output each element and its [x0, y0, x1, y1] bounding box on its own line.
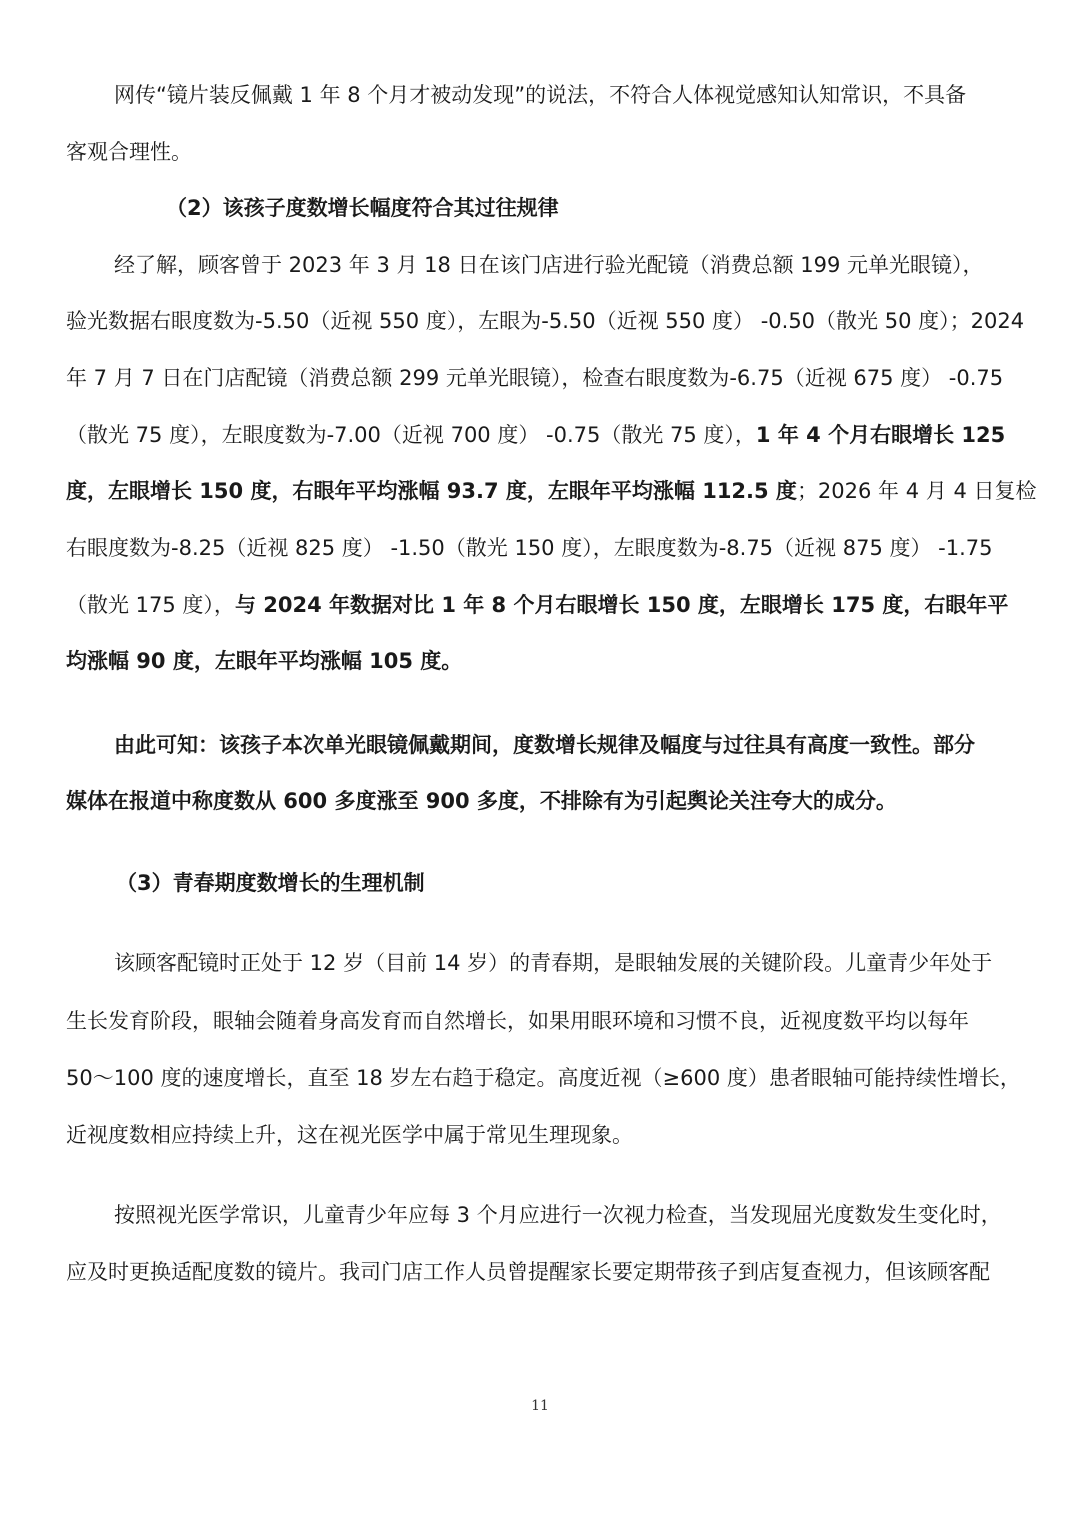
- section-heading-2: （2）该孩子度数增长幅度符合其过往规律: [166, 193, 559, 223]
- section-heading-3: （3）青春期度数增长的生理机制: [116, 868, 425, 898]
- paragraph-2-line-3: 年 7 月 7 日在门店配镜（消费总额 299 元单光眼镜），检查右眼度数为-6…: [66, 363, 1003, 393]
- bold-text: 与 2024 年数据对比 1 年 8 个月右眼增长 150 度，左眼增长 175…: [235, 593, 1008, 617]
- paragraph-4-line-4: 近视度数相应持续上升，这在视光医学中属于常见生理现象。: [66, 1120, 633, 1150]
- normal-text: ；2026 年 4 月 4 日复检: [797, 479, 1037, 503]
- paragraph-1-line-1: 网传“镜片装反佩戴 1 年 8 个月才被动发现”的说法，不符合人体视觉感知认知常…: [114, 80, 966, 110]
- paragraph-2-line-4: （散光 75 度），左眼度数为-7.00（近视 700 度） -0.75（散光 …: [66, 420, 1005, 450]
- paragraph-2-line-2: 验光数据右眼度数为-5.50（近视 550 度），左眼为-5.50（近视 550…: [66, 306, 1024, 336]
- conclusion-line-2: 媒体在报道中称度数从 600 多度涨至 900 多度，不排除有为引起舆论关注夸大…: [66, 786, 897, 816]
- paragraph-2-line-7: （散光 175 度），与 2024 年数据对比 1 年 8 个月右眼增长 150…: [66, 590, 1008, 620]
- paragraph-4-line-1: 该顾客配镜时正处于 12 岁（目前 14 岁）的青春期，是眼轴发展的关键阶段。儿…: [114, 948, 992, 978]
- page-number: 11: [0, 1398, 1080, 1414]
- paragraph-5-line-1: 按照视光医学常识，儿童青少年应每 3 个月应进行一次视力检查，当发现屈光度数发生…: [114, 1200, 1002, 1230]
- normal-text: （散光 175 度），: [66, 593, 235, 617]
- paragraph-4-line-2: 生长发育阶段，眼轴会随着身高发育而自然增长，如果用眼环境和习惯不良，近视度数平均…: [66, 1006, 969, 1036]
- bold-text: 度，左眼增长 150 度，右眼年平均涨幅 93.7 度，左眼年平均涨幅 112.…: [66, 479, 797, 503]
- bold-text: 1 年 4 个月右眼增长 125: [756, 423, 1005, 447]
- paragraph-1-line-2: 客观合理性。: [66, 137, 192, 167]
- paragraph-4-line-3: 50～100 度的速度增长，直至 18 岁左右趋于稳定。高度近视（≥600 度）…: [66, 1063, 1021, 1093]
- paragraph-5-line-2: 应及时更换适配度数的镜片。我司门店工作人员曾提醒家长要定期带孩子到店复查视力，但…: [66, 1257, 990, 1287]
- normal-text: （散光 75 度），左眼度数为-7.00（近视 700 度） -0.75（散光 …: [66, 423, 756, 447]
- paragraph-2-line-6: 右眼度数为-8.25（近视 825 度） -1.50（散光 150 度），左眼度…: [66, 533, 993, 563]
- paragraph-2-line-5: 度，左眼增长 150 度，右眼年平均涨幅 93.7 度，左眼年平均涨幅 112.…: [66, 476, 1036, 506]
- paragraph-2-line-1: 经了解，顾客曾于 2023 年 3 月 18 日在该门店进行验光配镜（消费总额 …: [114, 250, 984, 280]
- conclusion-line-1: 由此可知：该孩子本次单光眼镜佩戴期间，度数增长规律及幅度与过往具有高度一致性。部…: [114, 730, 975, 760]
- paragraph-2-line-8: 均涨幅 90 度，左眼年平均涨幅 105 度。: [66, 646, 462, 676]
